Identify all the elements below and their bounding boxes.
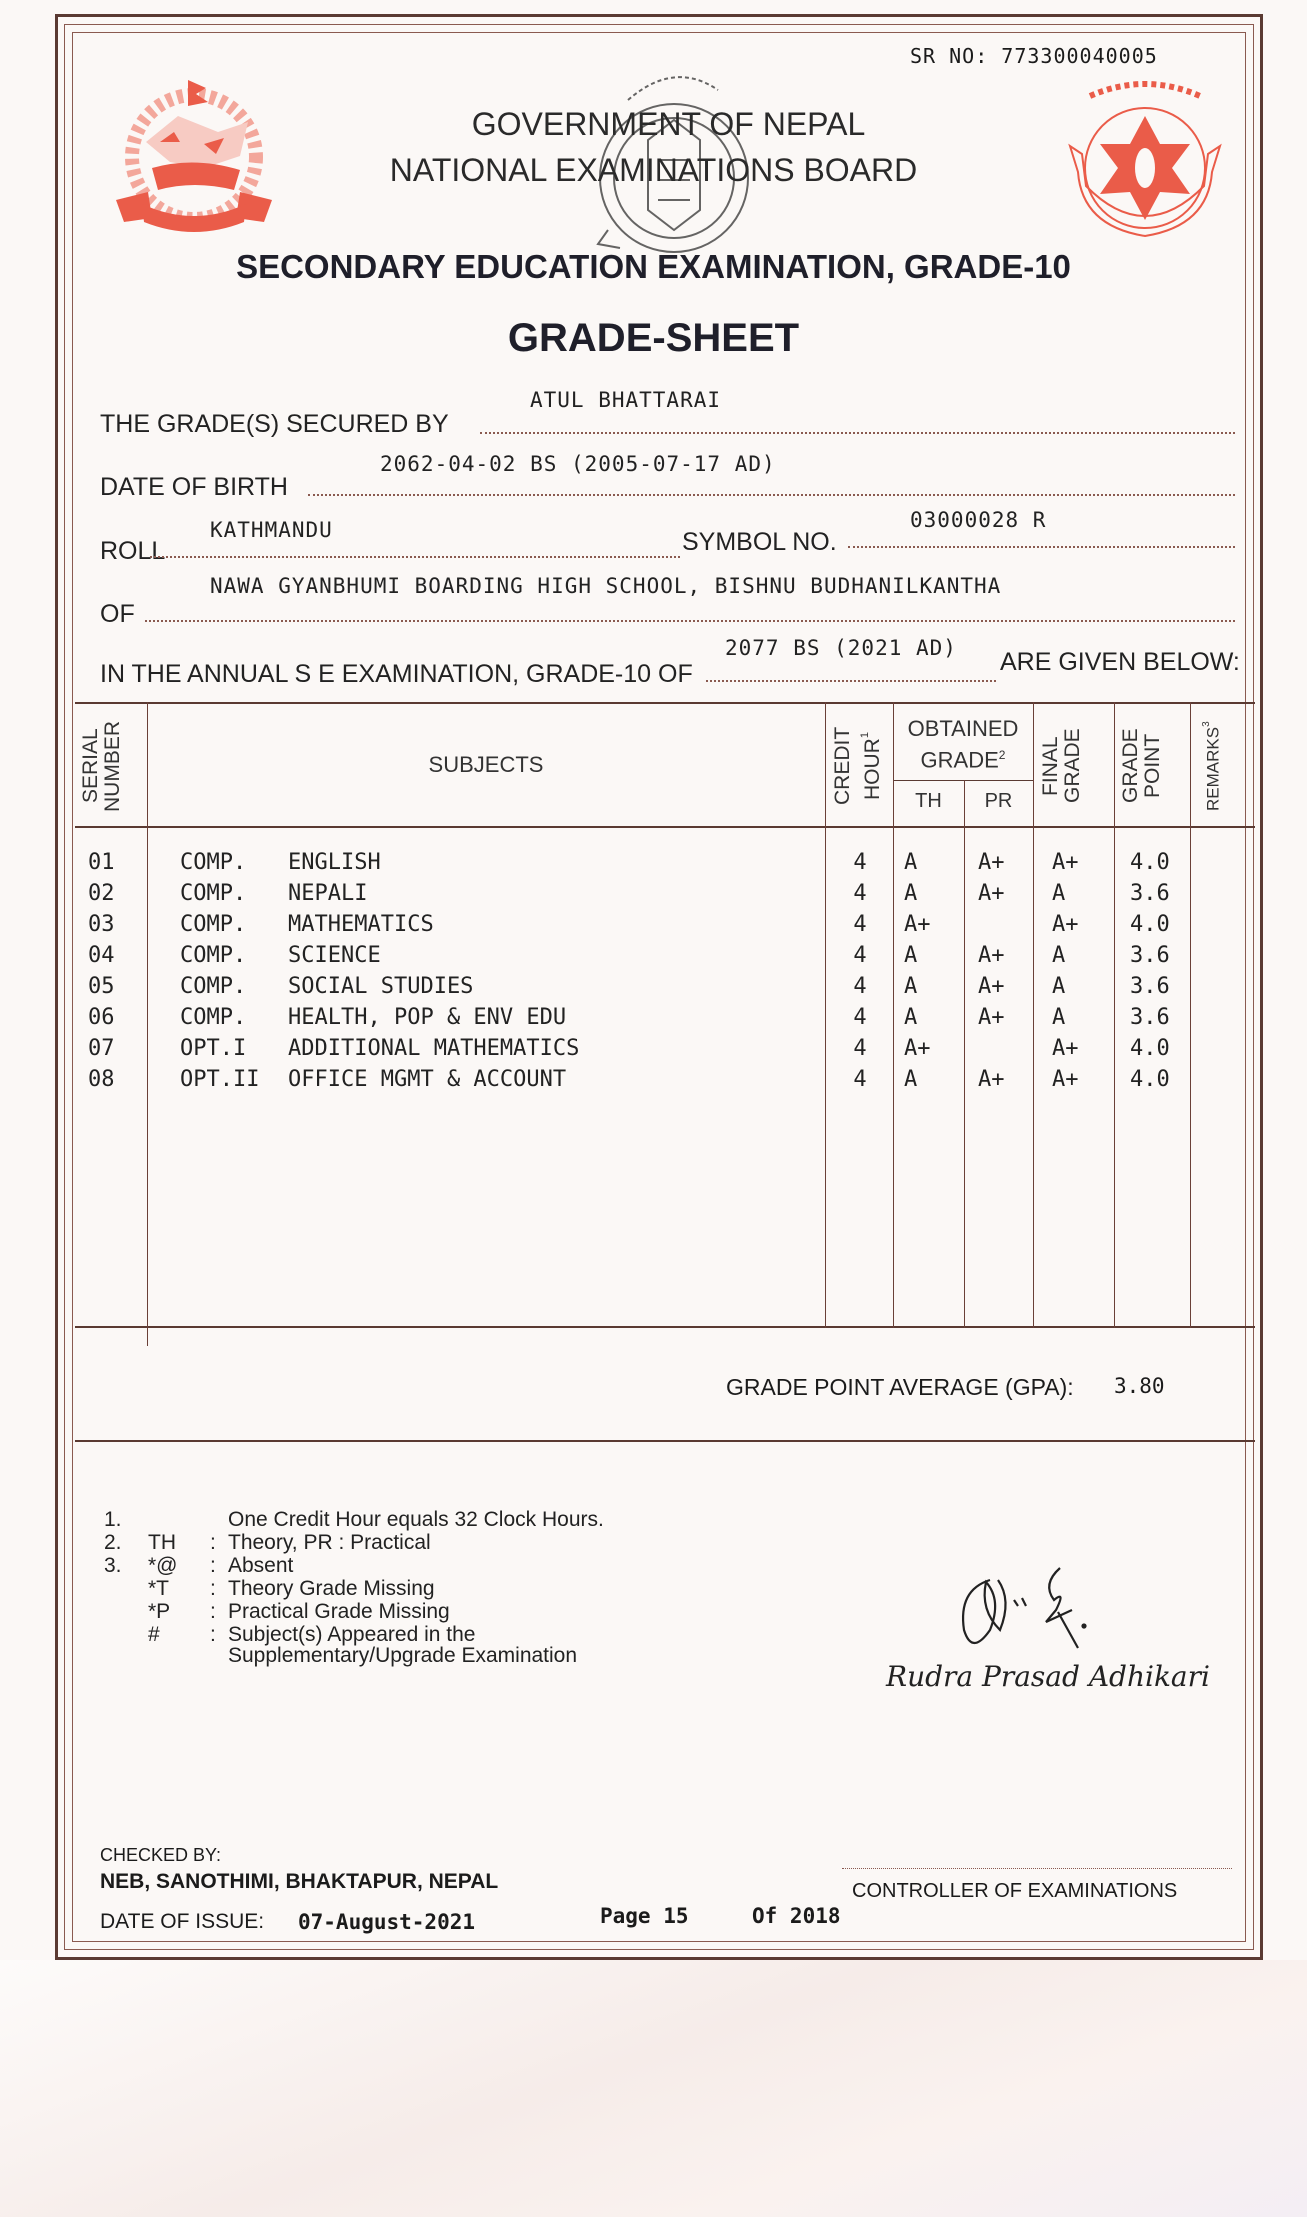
row-final-grade: A+ [1052,850,1112,875]
row-final-grade: A [1052,974,1112,999]
page-number: Page 15 [600,1904,689,1928]
row-grade-th: A [904,943,964,968]
header-subjects: SUBJECTS [147,752,825,778]
row-final-grade: A [1052,1005,1112,1030]
row-final-grade: A+ [1052,1036,1112,1061]
school-name: NAWA GYANBHUMI BOARDING HIGH SCHOOL, BIS… [210,574,1001,598]
given-below-label: ARE GIVEN BELOW: [1000,648,1240,677]
column-divider [1033,702,1034,1328]
header-government: GOVERNMENT OF NEPAL [0,106,1307,143]
note-number: 2. [104,1531,122,1555]
table-header-divider [75,826,1255,828]
row-grade-point: 3.6 [1130,974,1190,999]
header-remarks: REMARKS3 [1196,712,1250,820]
row-grade-th: A [904,1005,964,1030]
row-grade-pr: A+ [978,1005,1033,1030]
row-grade-pr: A+ [978,881,1033,906]
note-separator: : [210,1554,216,1578]
note-text: Supplementary/Upgrade Examination [228,1644,577,1668]
row-subject-type: COMP. [180,943,290,968]
roll-label: ROLL [100,537,165,566]
note-text: Practical Grade Missing [228,1600,450,1624]
row-grade-th: A [904,974,964,999]
school-of-label: OF [100,600,135,629]
row-subject-type: COMP. [180,850,290,875]
note-separator: : [210,1531,216,1555]
dotted-line [706,680,996,682]
header-board: NATIONAL EXAMINATIONS BOARD [0,152,1307,189]
row-grade-th: A+ [904,912,964,937]
exam-year: 2077 BS (2021 AD) [725,636,957,660]
student-name: ATUL BHATTARAI [530,388,721,412]
row-grade-pr: A+ [978,943,1033,968]
row-subject-name: SCIENCE [288,943,788,968]
roll-value: KATHMANDU [210,518,333,542]
header-credit-hour: CREDIT HOUR1 [832,712,886,820]
checked-by-label: CHECKED BY: [100,1845,221,1866]
exam-label: IN THE ANNUAL S E EXAMINATION, GRADE-10 … [100,660,693,689]
note-number: 1. [104,1508,122,1532]
row-grade-point: 3.6 [1130,943,1190,968]
signature-line [842,1868,1232,1869]
note-text: Theory Grade Missing [228,1577,435,1601]
symbol-no: 03000028 R [910,508,1046,532]
row-serial: 04 [88,943,148,968]
row-subject-name: ENGLISH [288,850,788,875]
issue-date: 07-August-2021 [298,1910,475,1934]
signature-scribble-icon [950,1560,1110,1660]
gpa-label: GRADE POINT AVERAGE (GPA): [726,1374,1074,1401]
header-grade-point: GRADE POINT [1120,712,1184,820]
dotted-line [150,556,680,558]
header-obtained-grade: OBTAINED GRADE2 [893,716,1033,773]
row-final-grade: A+ [1052,1067,1112,1092]
row-grade-point: 3.6 [1130,881,1190,906]
row-subject-type: OPT.II [180,1067,290,1092]
obtained-grade-divider [893,780,1033,781]
note-key: *P [148,1600,170,1624]
row-credit-hour: 4 [840,943,880,968]
row-credit-hour: 4 [840,974,880,999]
row-credit-hour: 4 [840,1036,880,1061]
note-key: # [148,1623,160,1647]
row-serial: 01 [88,850,148,875]
row-subject-name: OFFICE MGMT & ACCOUNT [288,1067,788,1092]
row-subject-name: NEPALI [288,881,788,906]
symbol-no-label: SYMBOL NO. [682,528,837,557]
row-subject-type: COMP. [180,1005,290,1030]
issue-date-label: DATE OF ISSUE: [100,1910,264,1934]
sheet-title: GRADE-SHEET [0,316,1307,361]
note-text: Theory, PR : Practical [228,1531,431,1555]
row-serial: 03 [88,912,148,937]
checked-by-value: NEB, SANOTHIMI, BHAKTAPUR, NEPAL [100,1870,498,1894]
note-separator: : [210,1600,216,1624]
signatory-title: CONTROLLER OF EXAMINATIONS [852,1880,1177,1903]
row-final-grade: A [1052,943,1112,968]
header-th: TH [893,790,964,813]
row-subject-name: MATHEMATICS [288,912,788,937]
dotted-line [145,620,1235,622]
row-grade-point: 4.0 [1130,1036,1190,1061]
date-of-birth: 2062-04-02 BS (2005-07-17 AD) [380,452,776,476]
note-text: One Credit Hour equals 32 Clock Hours. [228,1508,604,1532]
row-credit-hour: 4 [840,912,880,937]
note-key: *@ [148,1554,178,1578]
page-total: Of 2018 [752,1904,841,1928]
header-serial-number: SERIAL NUMBER [80,712,144,820]
note-text: Absent [228,1554,293,1578]
row-grade-pr: A+ [978,1067,1033,1092]
column-divider [1190,702,1191,1328]
row-subject-type: COMP. [180,974,290,999]
row-final-grade: A [1052,881,1112,906]
row-credit-hour: 4 [840,881,880,906]
row-grade-point: 4.0 [1130,850,1190,875]
row-grade-th: A [904,850,964,875]
row-subject-name: SOCIAL STUDIES [288,974,788,999]
gpa-value: 3.80 [1114,1374,1165,1398]
row-subject-type: COMP. [180,881,290,906]
row-subject-name: HEALTH, POP & ENV EDU [288,1005,788,1030]
note-key: *T [148,1577,169,1601]
row-serial: 07 [88,1036,148,1061]
note-number: 3. [104,1554,122,1578]
exam-title: SECONDARY EDUCATION EXAMINATION, GRADE-1… [0,248,1307,286]
row-final-grade: A+ [1052,912,1112,937]
row-credit-hour: 4 [840,850,880,875]
row-credit-hour: 4 [840,1005,880,1030]
column-divider [825,702,826,1328]
row-subject-type: COMP. [180,912,290,937]
note-key: TH [148,1531,176,1555]
signatory-name: Rudra Prasad Adhikari [886,1660,1210,1693]
row-serial: 08 [88,1067,148,1092]
row-grade-pr: A+ [978,974,1033,999]
paper-background-below [0,1960,1307,2217]
gpa-section-divider [75,1440,1255,1442]
row-subject-name: ADDITIONAL MATHEMATICS [288,1036,788,1061]
row-grade-point: 3.6 [1130,1005,1190,1030]
column-divider [1114,702,1115,1328]
row-serial: 05 [88,974,148,999]
row-serial: 06 [88,1005,148,1030]
dotted-line [848,546,1235,548]
row-grade-th: A [904,1067,964,1092]
row-grade-point: 4.0 [1130,1067,1190,1092]
row-grade-point: 4.0 [1130,912,1190,937]
note-separator: : [210,1577,216,1601]
header-pr: PR [964,790,1033,813]
header-final-grade: FINAL GRADE [1040,712,1108,820]
dotted-line [480,432,1235,434]
row-credit-hour: 4 [840,1067,880,1092]
dotted-line [308,494,1235,496]
secured-by-label: THE GRADE(S) SECURED BY [100,410,449,439]
row-grade-th: A+ [904,1036,964,1061]
row-grade-pr: A+ [978,850,1033,875]
serial-number: SR NO: 773300040005 [910,44,1158,68]
row-grade-th: A [904,881,964,906]
note-separator: : [210,1623,216,1647]
column-divider [964,780,965,1328]
dob-label: DATE OF BIRTH [100,473,288,502]
row-serial: 02 [88,881,148,906]
row-subject-type: OPT.I [180,1036,290,1061]
